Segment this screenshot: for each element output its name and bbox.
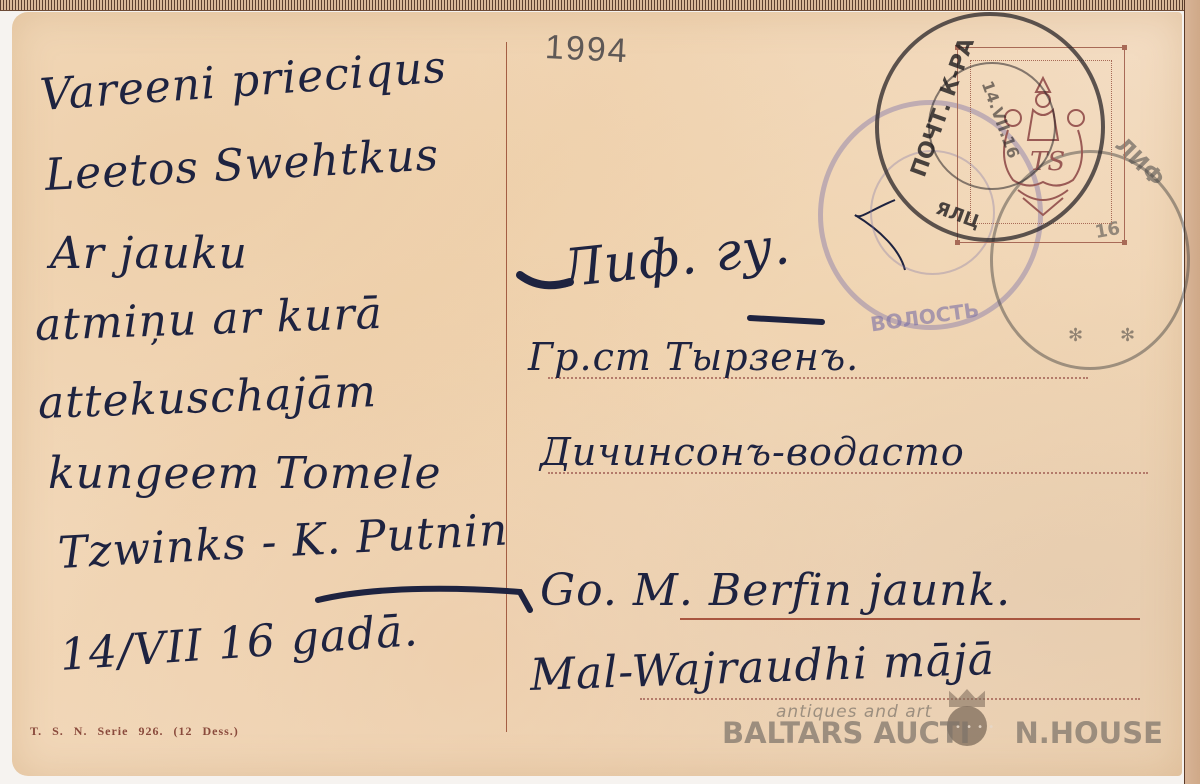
imprint-series: Serie 926. [97, 724, 163, 738]
postmark-star-icon: ✻ [1120, 325, 1135, 346]
publisher-imprint: T. S. N. Serie 926. (12 Dess.) [30, 724, 239, 739]
postmark-star-icon: ✻ [1068, 325, 1083, 346]
watermark-brand-left: BALTARS AUCTI [722, 716, 970, 750]
watermark-brand-right: N.HOUSE [1014, 716, 1162, 750]
imprint-designs: (12 Dess.) [173, 724, 238, 738]
scan-stage: 1994 Vareeni prieciqus Leetos Swehtkus A… [0, 0, 1200, 784]
watermark-brand: BALTARS AUCTIN.HOUSE [722, 716, 1163, 750]
imprint-publisher: T. S. N. [30, 724, 87, 738]
